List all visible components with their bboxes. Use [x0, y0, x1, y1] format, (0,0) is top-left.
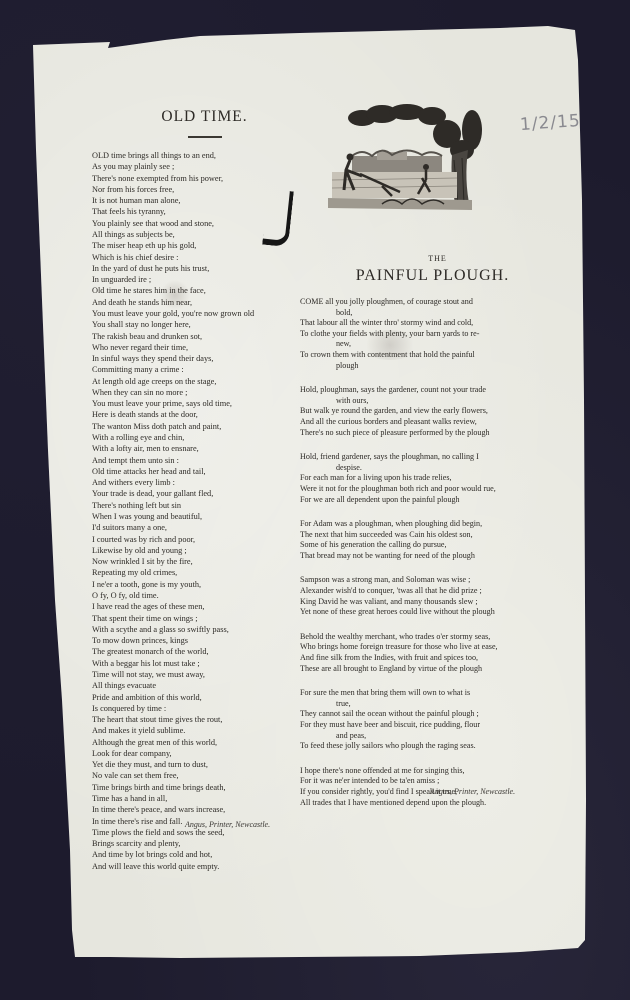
verse-line: And all the curious borders and pleasant…: [300, 417, 545, 428]
stanza: Hold, friend gardener, says the ploughma…: [300, 452, 545, 505]
verse-line: Old time attacks her head and tail,: [92, 466, 297, 477]
verse-line: plough: [300, 361, 545, 372]
verse-line: The greatest monarch of the world,: [92, 646, 297, 657]
verse-line: King David he was valiant, and many thou…: [300, 597, 545, 608]
verse-line: Pride and ambition of this world,: [92, 692, 297, 703]
poem-verse: OLD time brings all things to an end,As …: [92, 150, 297, 872]
verse-line: Brings scarcity and plenty,: [92, 838, 297, 849]
verse-line: For sure the men that bring them will ow…: [300, 688, 545, 699]
verse-line: For Adam was a ploughman, when ploughing…: [300, 519, 545, 530]
verse-line: All things as subjects be,: [92, 229, 297, 240]
verse-line: Time has a hand in all,: [92, 793, 297, 804]
verse-line: The next that him succeeded was Cain his…: [300, 530, 545, 541]
verse-line: Yet none of these great heroes could liv…: [300, 607, 545, 618]
verse-line: Is conquered by time :: [92, 703, 297, 714]
verse-line: With a beggar his lot must take ;: [92, 658, 297, 669]
verse-line: To clothe your fields with plenty, your …: [300, 329, 545, 340]
verse-line: They cannot sail the ocean without the p…: [300, 709, 545, 720]
verse-line: But walk ye round the garden, and view t…: [300, 406, 545, 417]
verse-line: O fy, O fy, old time.: [92, 590, 297, 601]
verse-line: Repeating my old crimes,: [92, 567, 297, 578]
verse-line: Who never regard their time,: [92, 342, 297, 353]
title-rule: [188, 136, 222, 138]
verse-line: Hold, friend gardener, says the ploughma…: [300, 452, 545, 463]
verse-line: Nor from his forces free,: [92, 184, 297, 195]
printer-imprint: Angus, Printer, Newcastle.: [185, 820, 270, 829]
verse-line: The wanton Miss doth patch and paint,: [92, 421, 297, 432]
verse-line: That labour all the winter thro' stormy …: [300, 318, 545, 329]
verse-line: When I was young and beautiful,: [92, 511, 297, 522]
broadside-sheet: 1/2/15 OLD TIME. OLD time brings all thi…: [0, 0, 630, 1000]
verse-line: Sampson was a strong man, and Soloman wa…: [300, 575, 545, 586]
verse-line: I'd suitors many a one,: [92, 522, 297, 533]
verse-line: And fine silk from the Indies, with frui…: [300, 653, 545, 664]
verse-line: Although the great men of this world,: [92, 737, 297, 748]
verse-line: I courted was by rich and poor,: [92, 534, 297, 545]
verse-line: OLD time brings all things to an end,: [92, 150, 297, 161]
verse-line: These are all brought to England by virt…: [300, 664, 545, 675]
verse-line: The rakish beau and drunken sot,: [92, 331, 297, 342]
pencil-annotation: 1/2/15: [519, 111, 581, 135]
verse-line: And withers every limb :: [92, 477, 297, 488]
poem-stanzas: COME all you jolly ploughmen, of courage…: [300, 297, 545, 808]
verse-line: That bread may not be wanting for need o…: [300, 551, 545, 562]
verse-line: And death he stands him near,: [92, 297, 297, 308]
verse-line: When they can sin no more ;: [92, 387, 297, 398]
verse-line: Your trade is dead, your gallant fled,: [92, 488, 297, 499]
verse-line: new,: [300, 339, 545, 350]
verse-line: You must leave your gold, you're now gro…: [92, 308, 297, 319]
stanza: For sure the men that bring them will ow…: [300, 688, 545, 752]
verse-line: It is not human man alone,: [92, 195, 297, 206]
verse-line: All things evacuate: [92, 680, 297, 691]
stanza: COME all you jolly ploughmen, of courage…: [300, 297, 545, 371]
verse-line: In time there's peace, and wars increase…: [92, 804, 297, 815]
verse-line: There's no such piece of pleasure perfor…: [300, 428, 545, 439]
poem-pre-title: THE: [300, 254, 545, 263]
verse-line: Which is his chief desire :: [92, 252, 297, 263]
verse-line: With a scythe and a glass so swiftly pas…: [92, 624, 297, 635]
verse-line: Committing many a crime :: [92, 364, 297, 375]
verse-line: And tempt them unto sin :: [92, 455, 297, 466]
poem-title: PAINFUL PLOUGH.: [300, 267, 545, 285]
verse-line: At length old age creeps on the stage,: [92, 376, 297, 387]
verse-line: You plainly see that wood and stone,: [92, 218, 297, 229]
verse-line: And time by lot brings cold and hot,: [92, 849, 297, 860]
verse-line: with ours,: [300, 396, 545, 407]
verse-line: Time brings birth and time brings death,: [92, 782, 297, 793]
verse-line: Behold the wealthy merchant, who trades …: [300, 632, 545, 643]
verse-line: I hope there's none offended at me for s…: [300, 766, 545, 777]
verse-line: To crown them with contentment that hold…: [300, 350, 545, 361]
stanza: Hold, ploughman, says the gardener, coun…: [300, 385, 545, 438]
verse-line: bold,: [300, 308, 545, 319]
verse-line: Who brings home foreign treasure for tho…: [300, 642, 545, 653]
verse-line: There's nothing left but sin: [92, 500, 297, 511]
verse-line: Here is death stands at the door,: [92, 409, 297, 420]
verse-line: Old time he stares him in the face,: [92, 285, 297, 296]
old-time-poem: OLD TIME. OLD time brings all things to …: [92, 108, 297, 872]
poem-title: OLD TIME.: [92, 108, 297, 126]
stanza: For Adam was a ploughman, when ploughing…: [300, 519, 545, 561]
verse-line: For each man for a living upon his trade…: [300, 473, 545, 484]
verse-line: To mow down princes, kings: [92, 635, 297, 646]
verse-line: Look for dear company,: [92, 748, 297, 759]
verse-line: Some of his generation the calling do pu…: [300, 540, 545, 551]
verse-line: true,: [300, 699, 545, 710]
verse-line: All trades that I have mentioned depend …: [300, 798, 545, 809]
verse-line: Yet die they must, and turn to dust,: [92, 759, 297, 770]
verse-line: The heart that stout time gives the rout…: [92, 714, 297, 725]
verse-line: That spent their time on wings ;: [92, 613, 297, 624]
painful-plough-poem: THE PAINFUL PLOUGH. COME all you jolly p…: [300, 254, 545, 822]
verse-line: And will leave this world quite empty.: [92, 861, 297, 872]
verse-line: In sinful ways they spend their days,: [92, 353, 297, 364]
verse-line: As you may plainly see ;: [92, 161, 297, 172]
verse-line: I ne'er a tooth, gone is my youth,: [92, 579, 297, 590]
verse-line: There's none exempted from his power,: [92, 173, 297, 184]
verse-line: Likewise by old and young ;: [92, 545, 297, 556]
verse-line: That feels his tyranny,: [92, 206, 297, 217]
verse-line: For we are all dependent upon the painfu…: [300, 495, 545, 506]
verse-line: Hold, ploughman, says the gardener, coun…: [300, 385, 545, 396]
verse-line: Now wrinkled I sit by the fire,: [92, 556, 297, 567]
printer-imprint: Angus, Printer, Newcastle.: [430, 787, 515, 796]
verse-line: Alexander wish'd to conquer, 'twas all t…: [300, 586, 545, 597]
woodcut-ploughman-icon: [322, 100, 498, 218]
verse-line: With a lofty air, men to ensnare,: [92, 443, 297, 454]
verse-line: I have read the ages of these men,: [92, 601, 297, 612]
verse-line: You shall stay no longer here,: [92, 319, 297, 330]
verse-line: For they must have beer and biscuit, ric…: [300, 720, 545, 731]
verse-line: And makes it yield sublime.: [92, 725, 297, 736]
verse-line: Were it not for the ploughman both rich …: [300, 484, 545, 495]
verse-line: The miser heap eth up his gold,: [92, 240, 297, 251]
stanza: Behold the wealthy merchant, who trades …: [300, 632, 545, 674]
verse-line: In the yard of dust he puts his trust,: [92, 263, 297, 274]
stanza: Sampson was a strong man, and Soloman wa…: [300, 575, 545, 617]
verse-line: To feed these jolly sailors who plough t…: [300, 741, 545, 752]
verse-line: You must leave your prime, says old time…: [92, 398, 297, 409]
verse-line: despise.: [300, 463, 545, 474]
verse-line: In unguarded ire ;: [92, 274, 297, 285]
verse-line: No vale can set them free,: [92, 770, 297, 781]
verse-line: Time will not stay, we must away,: [92, 669, 297, 680]
verse-line: With a rolling eye and chin,: [92, 432, 297, 443]
verse-line: and peas,: [300, 731, 545, 742]
verse-line: COME all you jolly ploughmen, of courage…: [300, 297, 545, 308]
verse-line: For it was ne'er intended to be ta'en am…: [300, 776, 545, 787]
